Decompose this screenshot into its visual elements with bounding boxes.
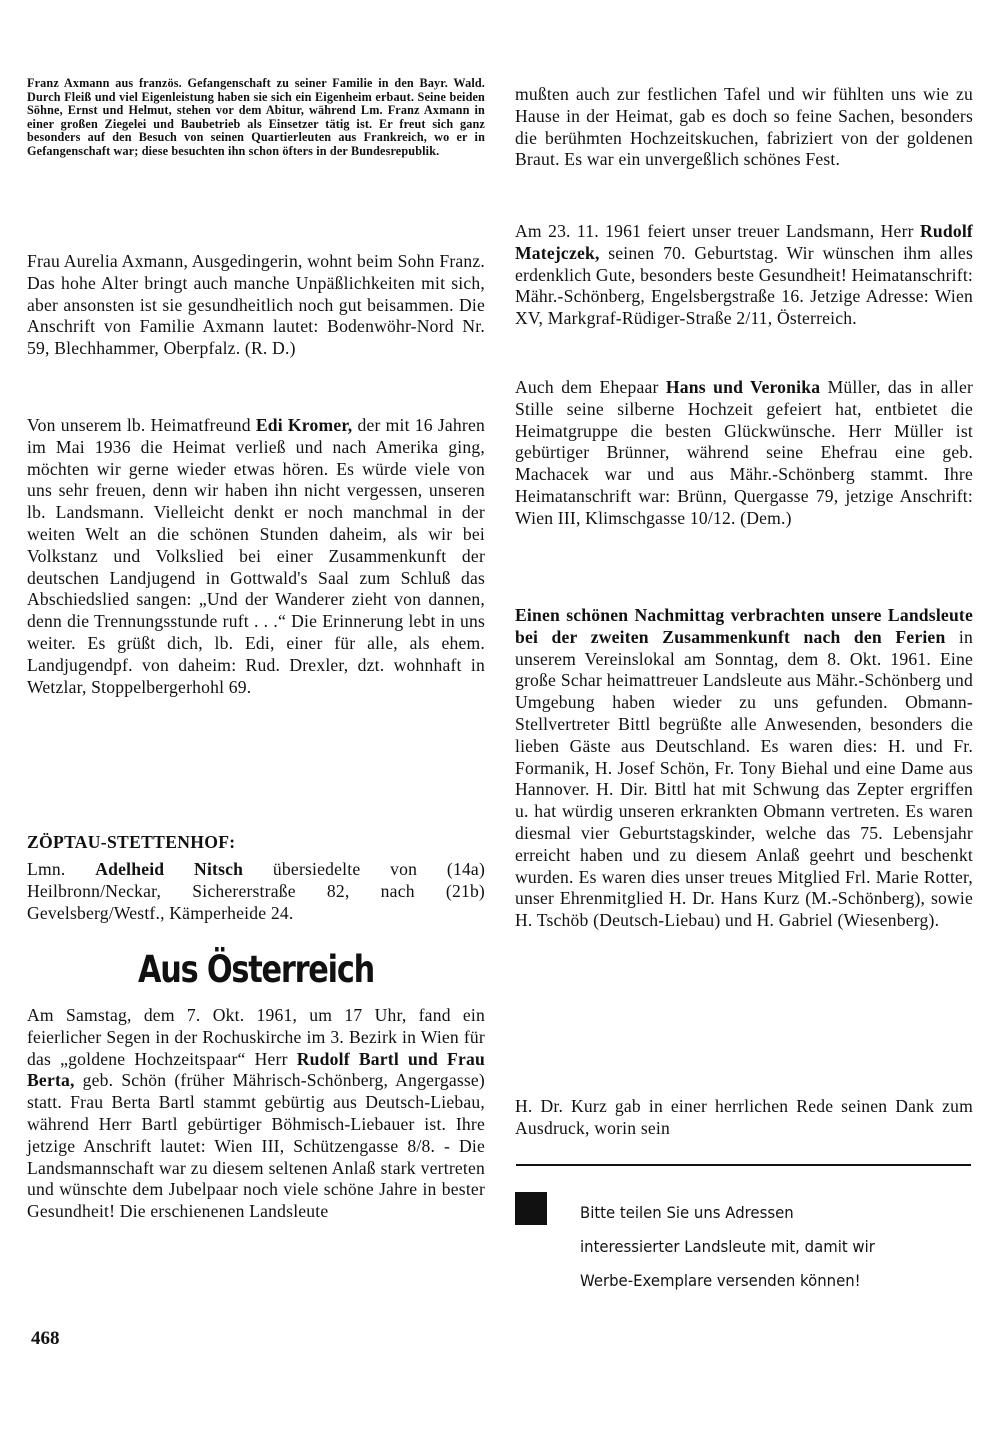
paragraph-aurelia-axmann: Frau Aurelia Axmann, Ausgedingerin, wohn… (27, 251, 485, 360)
intro-paragraph-small: Franz Axmann aus französ. Gefangenschaft… (27, 77, 485, 158)
newspaper-page: Franz Axmann aus französ. Gefangenschaft… (0, 0, 1000, 1432)
paragraph-edi-kromer: Von unserem lb. Heimatfreund Edi Kromer,… (27, 415, 485, 698)
name-hans-veronika: Hans und Veronika (666, 377, 820, 397)
ad-box-text: Bitte teilen Sie uns Adressen interessie… (580, 1196, 952, 1298)
paragraph-mueller: Auch dem Ehepaar Hans und Veronika Mülle… (515, 377, 973, 530)
page-number: 468 (31, 1328, 60, 1350)
ad-line: Werbe-Exemplare versenden können! (580, 1264, 952, 1298)
ad-line: Bitte teilen Sie uns Adressen (580, 1196, 952, 1230)
ad-line: interessierter Landsleute mit, damit wir (580, 1230, 952, 1264)
paragraph-nachmittag: Einen schönen Nachmittag verbrachten uns… (515, 605, 973, 932)
paragraph-festliche-tafel: mußten auch zur festlichen Tafel und wir… (515, 84, 973, 171)
headline-aus-oesterreich: Aus Österreich (68, 948, 444, 991)
name-adelheid-nitsch: Adelheid Nitsch (95, 859, 243, 879)
paragraph-adelheid-nitsch: Lmn. Adelheid Nitsch übersiedelte von (1… (27, 859, 485, 924)
paragraph-dr-kurz: H. Dr. Kurz gab in einer herrlichen Rede… (515, 1096, 973, 1140)
section-heading-zoeptau: ZÖPTAU-STETTENHOF: (27, 832, 485, 853)
paragraph-matejczek: Am 23. 11. 1961 feiert unser treuer Land… (515, 221, 973, 330)
ad-divider-rule (516, 1164, 971, 1166)
lead-nachmittag: Einen schönen Nachmittag verbrachten uns… (515, 605, 973, 647)
paragraph-bartl: Am Samstag, dem 7. Okt. 1961, um 17 Uhr,… (27, 1005, 485, 1223)
black-square-bullet-icon (515, 1192, 547, 1225)
name-edi-kromer: Edi Kromer, (256, 415, 353, 435)
